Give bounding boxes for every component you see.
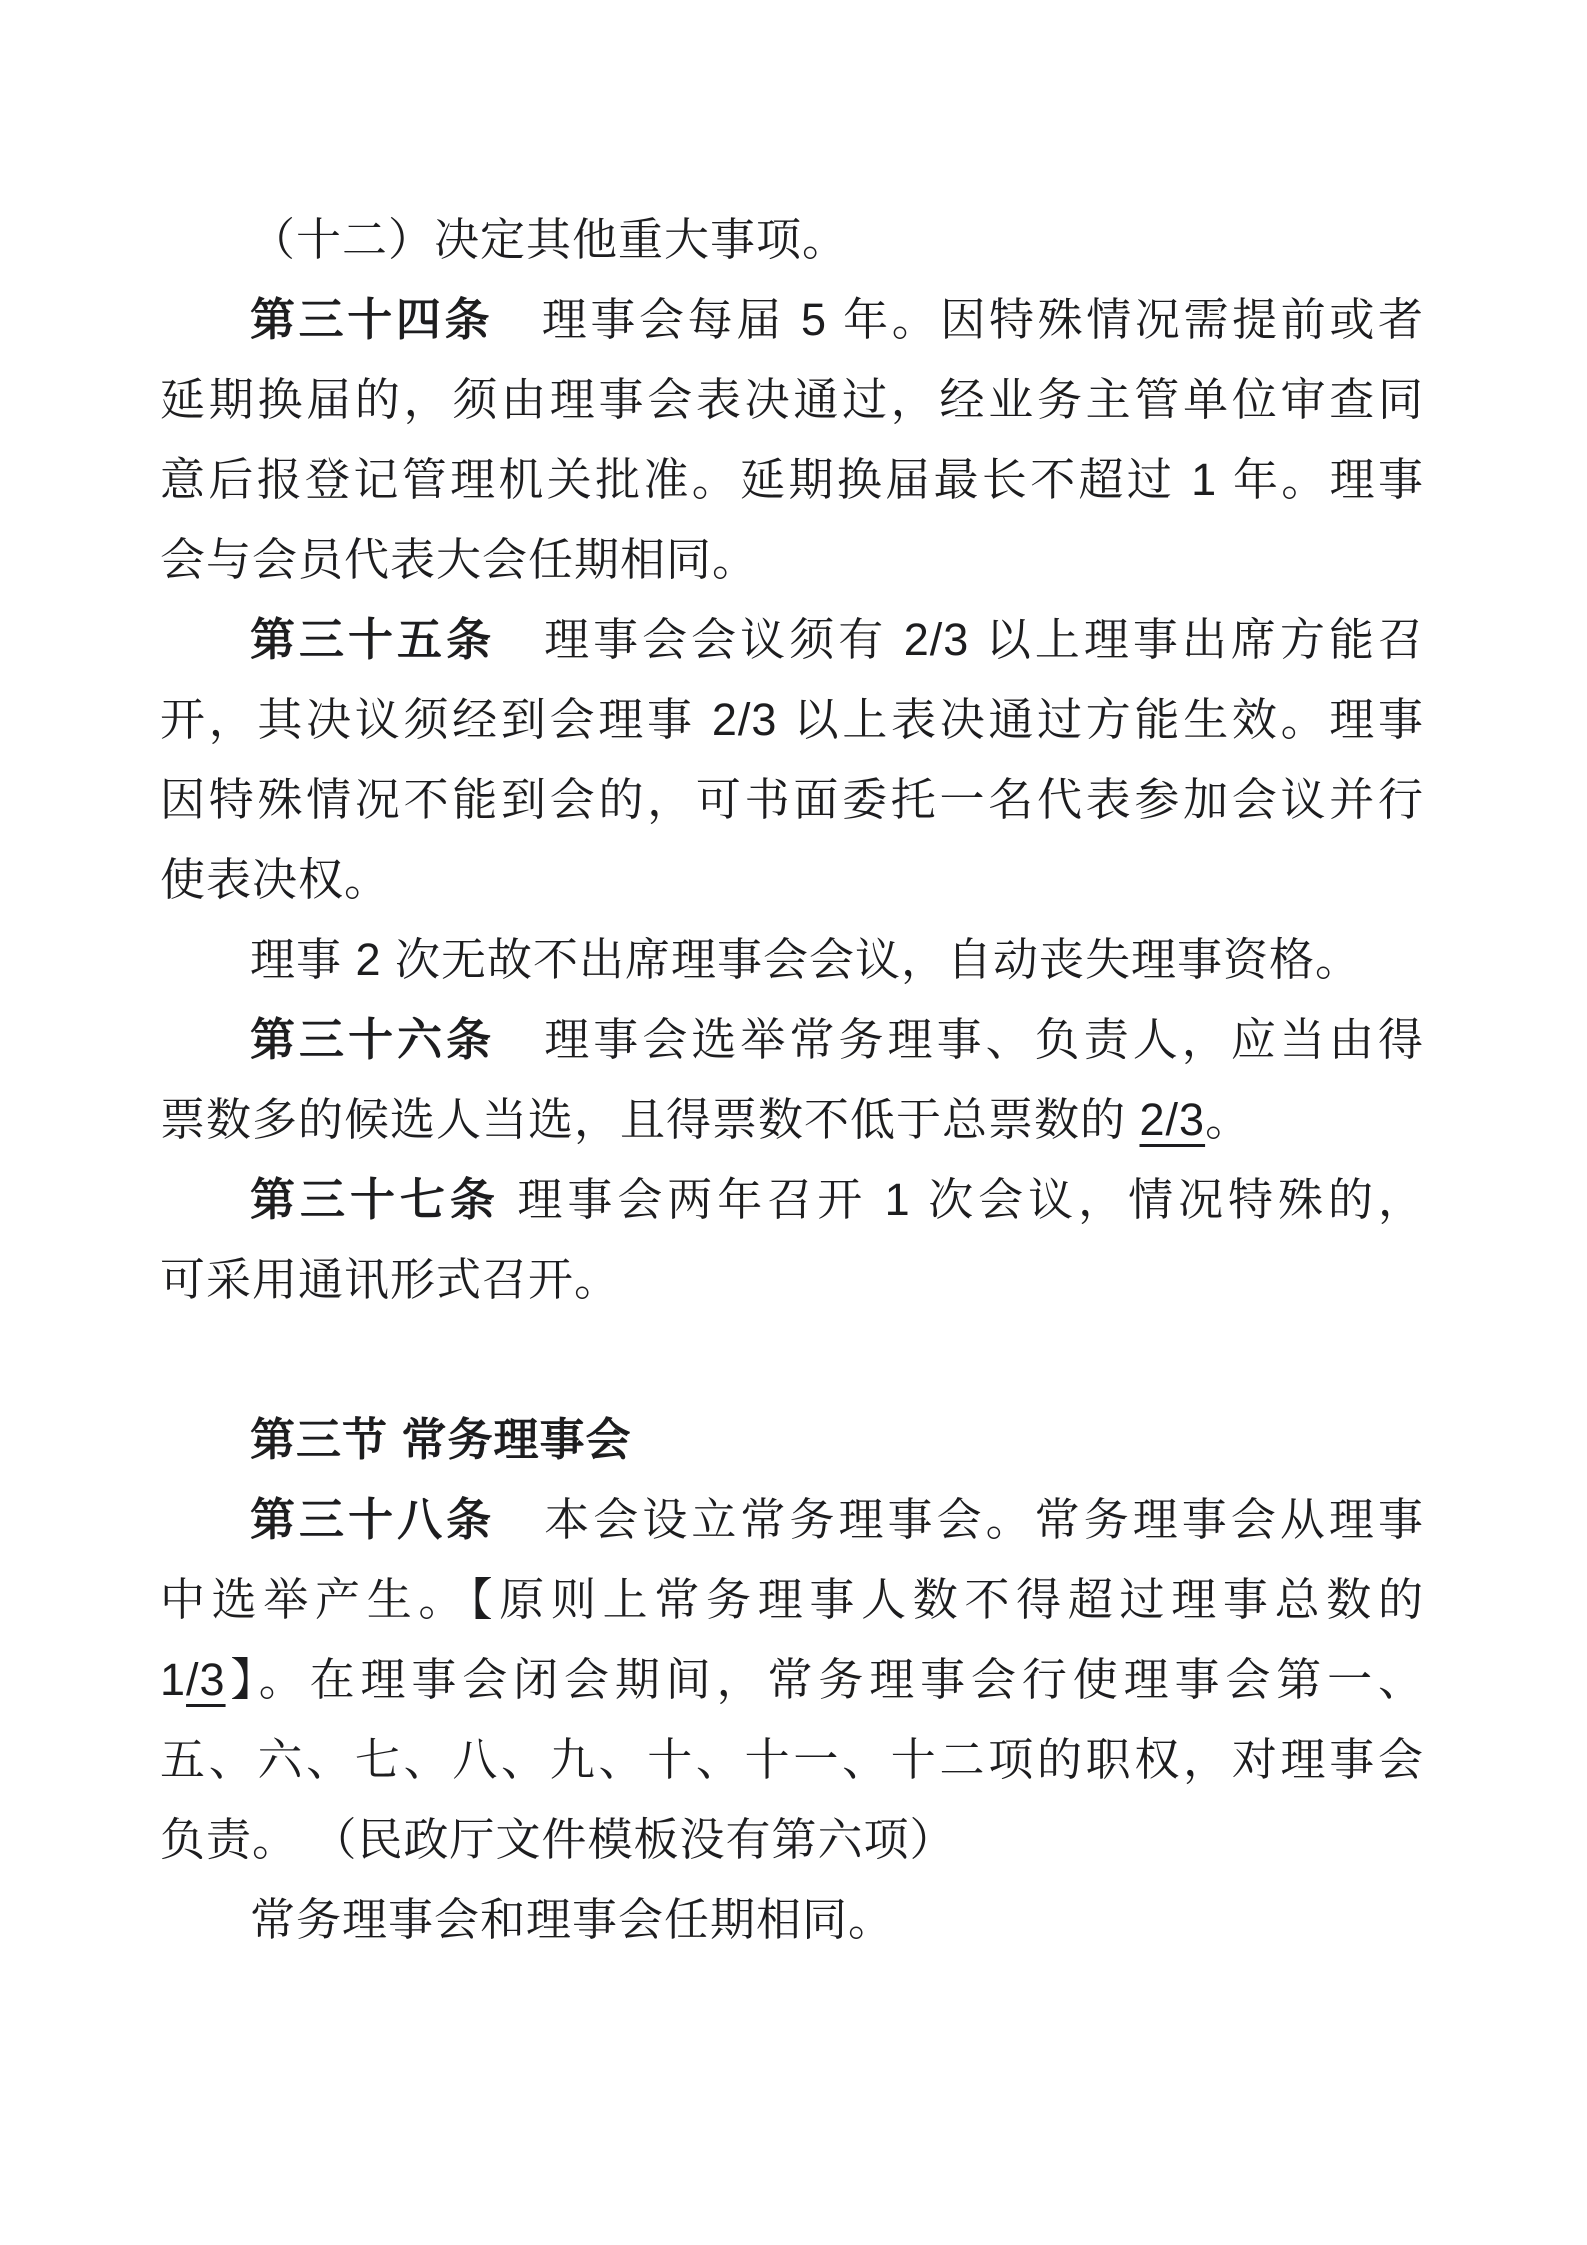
text-line-18: 中选举产生。【原则上常务理事人数不得超过理事总数的: [160, 1560, 1424, 1640]
blank-line: [160, 1320, 1424, 1400]
article-number: 第三十七条: [250, 1174, 500, 1225]
article-number: 第三十四条: [250, 294, 493, 345]
text-segment: 票数多的候选人当选，且得票数不低于总票数的: [160, 1094, 1140, 1145]
text-segment: 开，其决议须经到会理事 2/3 以上表决通过方能生效。理事: [160, 694, 1424, 745]
text-line-5: 会与会员代表大会任期相同。: [160, 520, 1424, 600]
text-line-4: 意后报登记管理机关批准。延期换届最长不超过 1 年。理事: [160, 440, 1424, 520]
text-segment: 。: [1205, 1094, 1251, 1145]
text-line-13: 第三十七条 理事会两年召开 1 次会议，情况特殊的，: [160, 1160, 1424, 1240]
text-line-7: 开，其决议须经到会理事 2/3 以上表决通过方能生效。理事: [160, 680, 1424, 760]
text-segment: 可采用通讯形式召开。: [160, 1254, 620, 1305]
text-line-9: 使表决权。: [160, 840, 1424, 920]
text-line-19: 1/3】。在理事会闭会期间，常务理事会行使理事会第一、: [160, 1640, 1424, 1720]
text-segment: 理事 2 次无故不出席理事会会议，自动丧失理事资格。: [250, 934, 1361, 985]
text-segment: 理事会每届 5 年。因特殊情况需提前或者: [493, 294, 1424, 345]
text-line-21: 负责。 （民政厅文件模板没有第六项）: [160, 1800, 1424, 1880]
text-segment: 延期换届的，须由理事会表决通过，经业务主管单位审查同: [160, 374, 1424, 425]
underlined-fraction: /3: [186, 1654, 226, 1705]
text-segment: 】。在理事会闭会期间，常务理事会行使理事会第一、: [226, 1654, 1424, 1705]
article-number: 第三节 常务理事会: [250, 1414, 632, 1465]
text-line-22: 常务理事会和理事会任期相同。: [160, 1880, 1424, 1960]
text-segment: 本会设立常务理事会。常务理事会从理事: [495, 1494, 1424, 1545]
text-segment: 使表决权。: [160, 854, 390, 905]
text-line-2: 第三十四条 理事会每届 5 年。因特殊情况需提前或者: [160, 280, 1424, 360]
text-line-6: 第三十五条 理事会会议须有 2/3 以上理事出席方能召: [160, 600, 1424, 680]
text-segment: 意后报登记管理机关批准。延期换届最长不超过 1 年。理事: [160, 454, 1424, 505]
text-line-14: 可采用通讯形式召开。: [160, 1240, 1424, 1320]
text-segment: 理事会会议须有 2/3 以上理事出席方能召: [495, 614, 1424, 665]
text-segment: 中选举产生。【原则上常务理事人数不得超过理事总数的: [160, 1574, 1424, 1625]
text-line-12: 票数多的候选人当选，且得票数不低于总票数的 2/3。: [160, 1080, 1424, 1160]
text-segment: 1: [160, 1654, 186, 1705]
underlined-fraction: 2/3: [1140, 1094, 1206, 1145]
article-number: 第三十八条: [250, 1494, 495, 1545]
text-line-8: 因特殊情况不能到会的，可书面委托一名代表参加会议并行: [160, 760, 1424, 840]
text-line-20: 五、六、七、八、九、十、十一、十二项的职权，对理事会: [160, 1720, 1424, 1800]
text-segment: 常务理事会和理事会任期相同。: [250, 1894, 894, 1945]
text-line-11: 第三十六条 理事会选举常务理事、负责人，应当由得: [160, 1000, 1424, 1080]
text-segment: 负责。 （民政厅文件模板没有第六项）: [160, 1814, 956, 1865]
text-segment: 会与会员代表大会任期相同。: [160, 534, 758, 585]
document-page: （十二）决定其他重大事项。第三十四条 理事会每届 5 年。因特殊情况需提前或者延…: [0, 0, 1587, 2245]
text-segment: 因特殊情况不能到会的，可书面委托一名代表参加会议并行: [160, 774, 1424, 825]
text-line-17: 第三十八条 本会设立常务理事会。常务理事会从理事: [160, 1480, 1424, 1560]
article-number: 第三十六条: [250, 1014, 495, 1065]
article-number: 第三十五条: [250, 614, 495, 665]
text-segment: 理事会两年召开 1 次会议，情况特殊的，: [500, 1174, 1424, 1225]
text-line-10: 理事 2 次无故不出席理事会会议，自动丧失理事资格。: [160, 920, 1424, 1000]
document-content: （十二）决定其他重大事项。第三十四条 理事会每届 5 年。因特殊情况需提前或者延…: [160, 200, 1424, 1960]
section-heading: 第三节 常务理事会: [160, 1400, 1424, 1480]
text-line-3: 延期换届的，须由理事会表决通过，经业务主管单位审查同: [160, 360, 1424, 440]
text-segment: 理事会选举常务理事、负责人，应当由得: [495, 1014, 1424, 1065]
text-segment: 五、六、七、八、九、十、十一、十二项的职权，对理事会: [160, 1734, 1424, 1785]
text-line-1: （十二）决定其他重大事项。: [160, 200, 1424, 280]
text-segment: （十二）决定其他重大事项。: [250, 214, 848, 265]
